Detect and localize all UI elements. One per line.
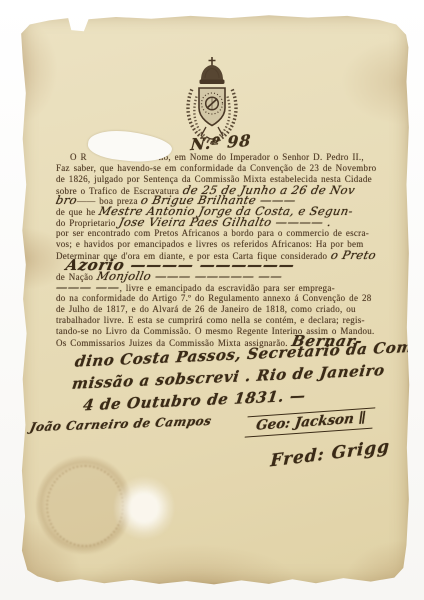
handwritten-text: o Preto [330,250,377,261]
document-line: Faz saber, que havendo-se em conformidad… [56,163,394,174]
handwritten-text: Jose Vieira Paes Gilhalto ———— . [118,217,333,228]
body-lines: O Rno, em Nome do Imperador o Senhor D. … [56,152,394,347]
printed-text: de Julho de 1817, e do Alvará de 26 de J… [56,304,356,314]
handwritten-text: bro [55,195,78,206]
document-paper: N.º 98 O Rno, em Nome do Imperador o Sen… [18,13,410,585]
document-line: por ser encontrado com Pretos Africanos … [56,228,394,239]
printed-text: do na conformidade do Artigo 7.º do Regu… [56,293,372,303]
embossed-seal-ring [46,465,124,547]
printed-text: vos; e havidos por emancipados e livres … [56,239,364,249]
document-line: do Proprietario Jose Vieira Paes Gilhalt… [56,217,394,228]
handwritten-text: ——— —— [55,282,121,293]
document-line: ——— —— , livre e emancipado da escravidã… [56,282,394,293]
printed-text: de que he [56,207,99,217]
document-line: do na conformidade do Artigo 7.º do Regu… [56,293,394,304]
photo-background: N.º 98 O Rno, em Nome do Imperador o Sen… [0,0,424,600]
printed-text: trabalhador livre. E esta se cumprirá co… [56,315,365,325]
signature-fred-grigg: Fred: Grigg [270,437,391,472]
printed-text: , livre e emancipado da escravidão para … [120,283,335,293]
document-line: de Julho de 1817, e do Alvará de 26 de J… [56,304,394,315]
signature-carneiro-de-campos: João Carneiro de Campos [29,414,213,434]
signature-geo-jackson: Geo: Jackson ∥ [245,407,375,437]
closing-script: dino Costa Passos, Secretario da Com-mis… [68,337,386,417]
seal-sunburst-highlight [114,473,174,543]
document-line: trabalhador livre. E esta se cumprirá co… [56,315,394,326]
printed-text: no, em Nome do Imperador o Senhor D. Ped… [159,152,364,162]
printed-text: por ser encontrado com Pretos Africanos … [56,228,369,238]
handwritten-text: Monjollo ——— ————— —— [96,271,284,282]
printed-text: O R [70,152,87,162]
printed-text: do Proprietario [56,218,119,228]
printed-text: Faz saber, que havendo-se em conformidad… [56,163,376,173]
